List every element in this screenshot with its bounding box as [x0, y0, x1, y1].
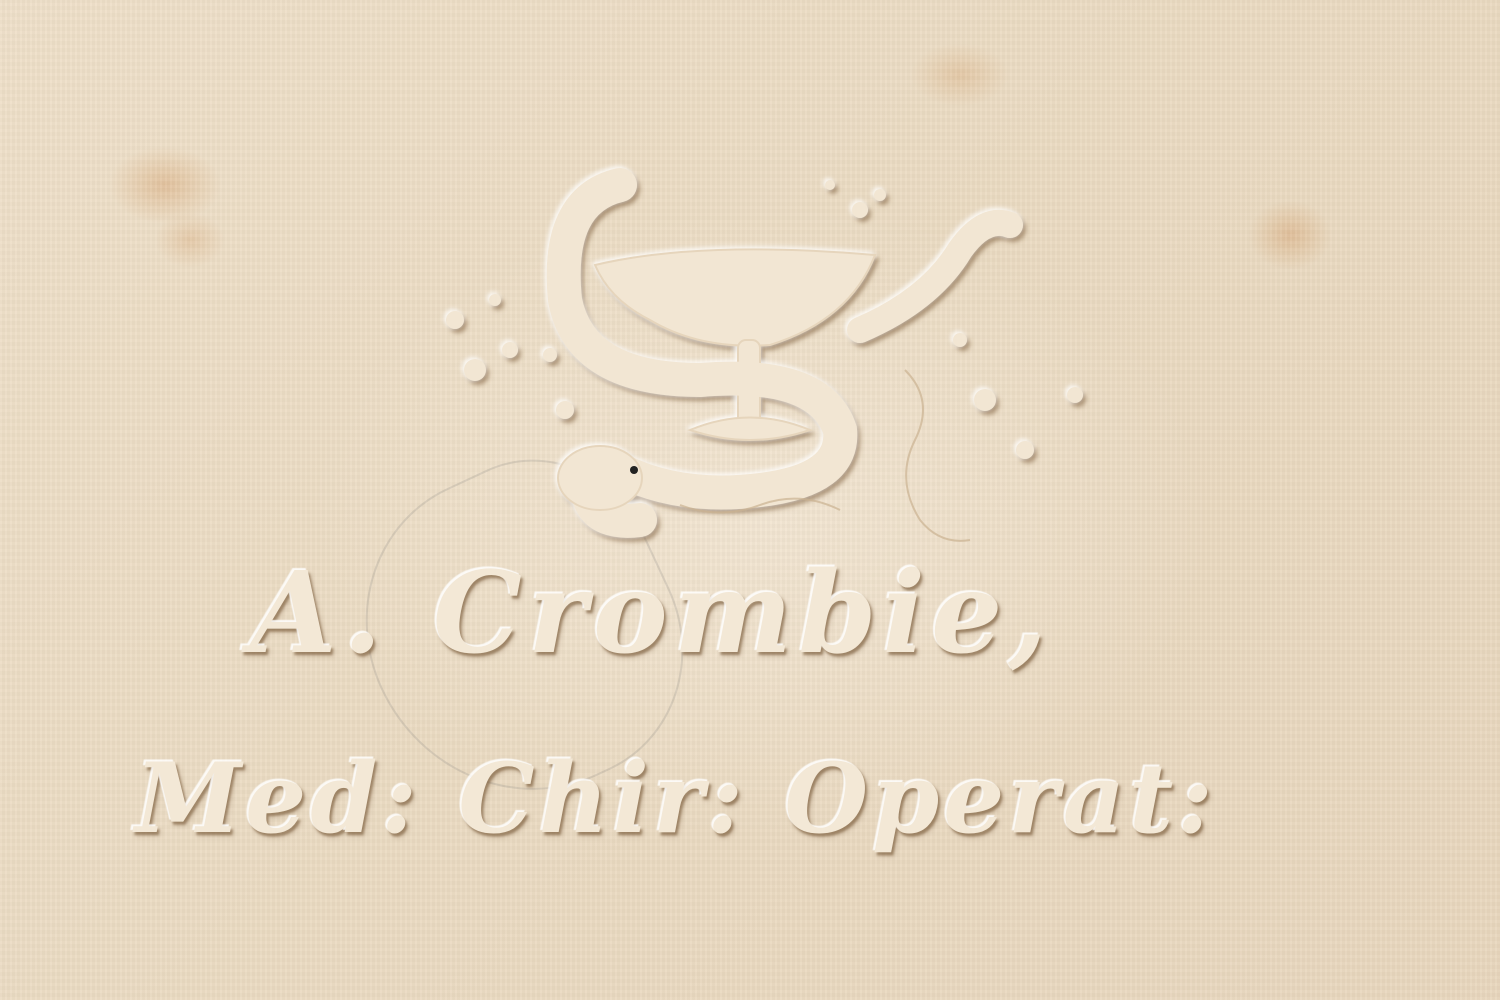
stamp-name-line: A. Crombie,	[250, 548, 1053, 679]
stamp-title-line: Med: Chir: Operat:	[135, 742, 1217, 855]
serpent-eye	[630, 466, 638, 474]
